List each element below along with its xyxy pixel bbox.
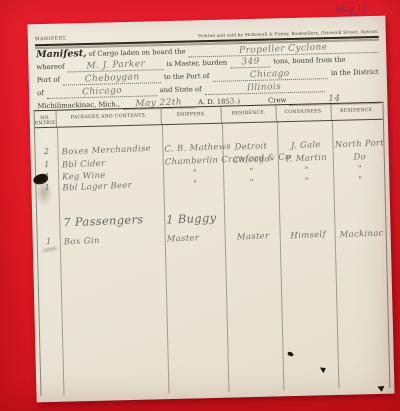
cargo-table-body: 2 Boxes Merchandise C. B. Mathews Detroi… (35, 119, 389, 396)
cell-entries (37, 215, 59, 216)
district-fill: Chicago (47, 85, 157, 99)
cell-consignees: " (280, 176, 333, 188)
tons-fill: 349 (230, 57, 270, 69)
line-spacer (240, 103, 268, 104)
cell-entries: 1 (36, 160, 58, 171)
table-row: 1 Box Gin Master Master Himself Mackinac (38, 229, 386, 250)
cell-residence (226, 209, 279, 211)
printed-text: of Cargo laden on board the (88, 48, 185, 58)
cell-residence: Master (227, 231, 280, 243)
cell-consignees (281, 208, 334, 210)
col-header-consignees: CONSIGNEES. (276, 104, 331, 121)
district-name: Chicago (82, 86, 122, 98)
printed-text: of (37, 89, 44, 97)
cell-residence2: Do (335, 151, 385, 163)
cell-packages: Box Gin (64, 233, 166, 247)
master-name-fill: M. J. Parker (67, 59, 163, 72)
printed-text: in the District (331, 68, 379, 77)
cell-entries: 1 (38, 237, 60, 248)
printed-text: and State of (160, 85, 202, 94)
col-header-entries: NO. ENTRIES. (35, 111, 57, 128)
cargo-table: NO. ENTRIES. PACKAGES AND CONTENTS. SHIP… (34, 102, 391, 396)
cell-shippers: C. B. Mathews (164, 142, 224, 155)
cell-residence2: Mackinac (336, 228, 386, 240)
cell-consignees: Himself (281, 230, 334, 242)
cell-shippers: 1 Buggy (166, 210, 227, 227)
printed-text: .) (235, 97, 240, 105)
printed-text: to the Port of (164, 72, 210, 81)
cell-shippers: " (165, 178, 225, 191)
port-to-fill: Chicago (212, 68, 328, 82)
state-name: Illinois (247, 82, 281, 93)
cell-shippers: Chamberlin Crawford & Co (165, 155, 225, 168)
form-type-label: MANIFEST. (35, 36, 68, 42)
manifest-word: Manifest, (36, 48, 87, 60)
cell-residence2 (336, 206, 386, 208)
col-header-residence-2: RESIDENCE. (331, 103, 382, 120)
printed-text: tons, bound from the (273, 56, 346, 66)
year-digit: 3 (230, 96, 236, 105)
port-from: Cheboygan (84, 72, 139, 84)
cell-residence: Chicago (225, 154, 278, 166)
cell-packages: 7 Passengers (63, 211, 165, 229)
ink-speck (377, 386, 384, 392)
cell-packages: Boxes Merchandise (61, 143, 163, 157)
cell-residence: " (225, 177, 278, 189)
tons-value: 349 (241, 57, 260, 68)
port-from-fill: Cheboygan (63, 72, 161, 85)
vessel-name: Propeller Cyclone (239, 42, 328, 56)
cell-shippers: Master (167, 232, 227, 245)
col-header-residence: RESIDENCE. (222, 105, 277, 122)
cell-packages: Bbl Lager Beer (62, 179, 164, 193)
cell-residence: Detroit (224, 141, 277, 153)
table-row: 7 Passengers 1 Buggy (37, 207, 385, 228)
master-name: M. J. Parker (86, 59, 145, 71)
cell-residence2: " (335, 174, 385, 186)
printed-text: is Master, burden (166, 59, 227, 68)
col-header-shippers: SHIPPERS. (162, 107, 222, 124)
cell-residence2: " (335, 163, 385, 175)
photo-of-manifest: May 13, 1853. MANIFEST. Printed and sold… (0, 0, 400, 411)
printed-text: Port of (37, 76, 60, 85)
port-to: Chicago (250, 69, 290, 81)
cell-residence2: North Port (334, 138, 384, 150)
manifest-document: MANIFEST. Printed and sold by McDowell &… (27, 16, 394, 403)
cell-consignees: J. Gale (279, 140, 332, 152)
state-fill: Illinois (204, 81, 324, 95)
cell-consignees: P. Martin (280, 153, 333, 165)
printed-text: whereof (36, 63, 64, 72)
cell-entries: 2 (35, 147, 57, 158)
